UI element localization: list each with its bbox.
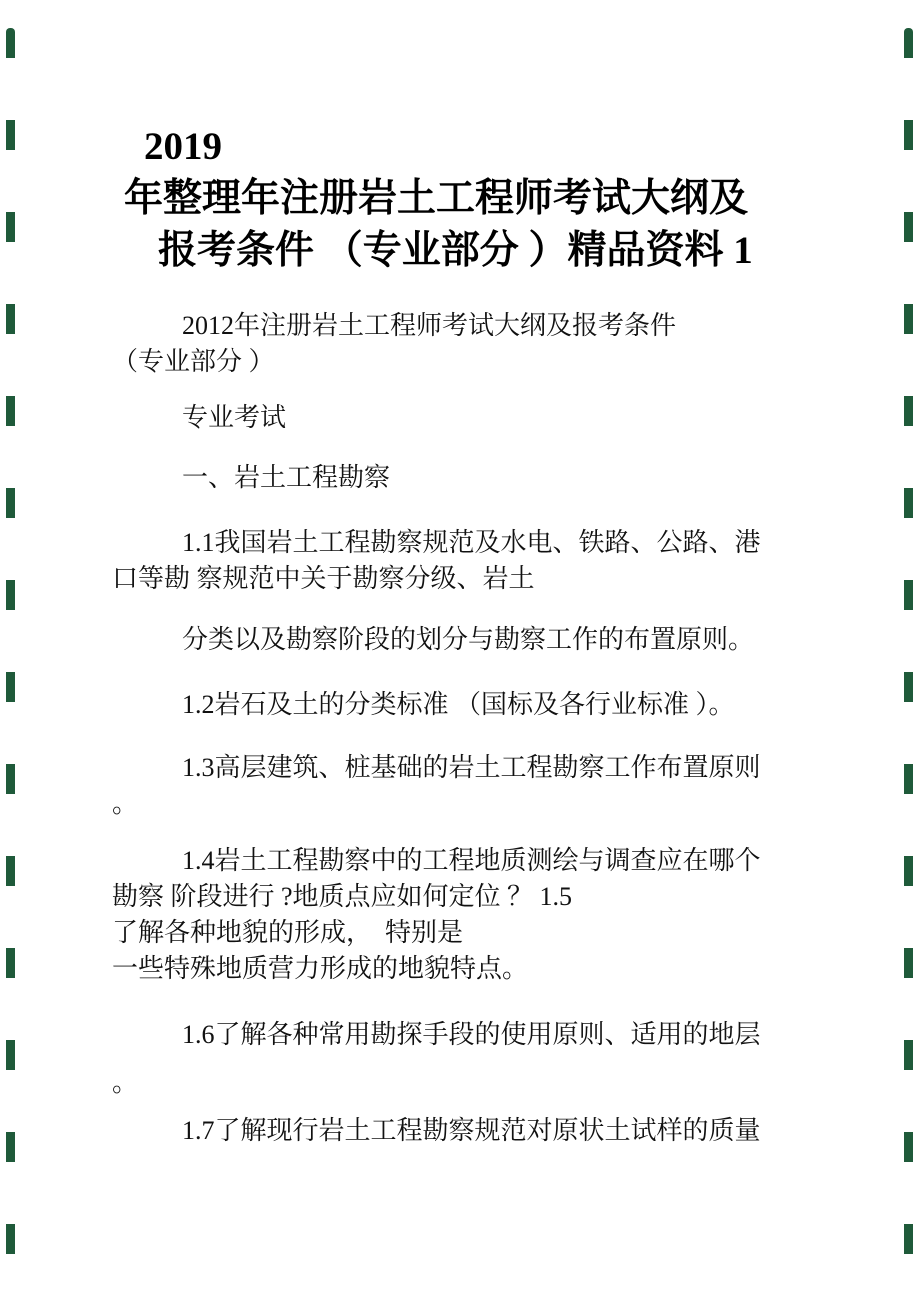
paragraph: 1.7了解现行岩土工程勘察规范对原状土试样的质量 <box>112 1113 792 1149</box>
text-line: 1.4岩土工程勘察中的工程地质测绘与调查应在哪个 <box>112 843 792 879</box>
text-line: 一、岩土工程勘察 <box>112 460 792 496</box>
text-line: 专业考试 <box>112 400 792 436</box>
paragraph: 一、岩土工程勘察 <box>112 460 792 496</box>
document-page: 2019 年整理年注册岩土工程师考试大纲及 报考条件 （专业部分 ）精品资料 1… <box>0 0 920 1303</box>
title-line-2: 年整理年注册岩土工程师考试大纲及 <box>124 173 884 225</box>
page-edge-marks-right <box>904 28 913 1286</box>
paragraph: 2012年注册岩土工程师考试大纲及报考条件 （专业部分 ） <box>112 308 792 380</box>
page-edge-marks-left <box>6 28 15 1286</box>
text-line: 1.2岩石及土的分类标准 （国标及各行业标准 ）。 <box>112 687 792 723</box>
paragraph: 1.3高层建筑、桩基础的岩土工程勘察工作布置原则 。 <box>112 750 792 822</box>
text-line: 2012年注册岩土工程师考试大纲及报考条件 <box>112 308 792 344</box>
text-line: 一些特殊地质营力形成的地貌特点。 <box>112 951 792 987</box>
text-line: 1.6了解各种常用勘探手段的使用原则、适用的地层 <box>112 1017 792 1053</box>
text-line: 。 <box>112 786 792 822</box>
paragraph: 1.4岩土工程勘察中的工程地质测绘与调查应在哪个 勘察 阶段进行 ?地质点应如何… <box>112 843 792 987</box>
text-line: 。 <box>112 1065 792 1101</box>
paragraph: 1.1我国岩土工程勘察规范及水电、铁路、公路、港 口等勘 察规范中关于勘察分级、… <box>112 525 792 597</box>
paragraph: 分类以及勘察阶段的划分与勘察工作的布置原则。 <box>112 622 792 658</box>
title-line-3: 报考条件 （专业部分 ）精品资料 1 <box>124 225 884 277</box>
document-title: 2019 年整理年注册岩土工程师考试大纲及 报考条件 （专业部分 ）精品资料 1 <box>124 121 884 277</box>
text-line: 了解各种地貌的形成， 特别是 <box>112 915 792 951</box>
paragraph: 1.2岩石及土的分类标准 （国标及各行业标准 ）。 <box>112 687 792 723</box>
paragraph: 1.6了解各种常用勘探手段的使用原则、适用的地层 。 <box>112 1017 792 1101</box>
text-line: 分类以及勘察阶段的划分与勘察工作的布置原则。 <box>112 622 792 658</box>
text-line: 勘察 阶段进行 ?地质点应如何定位 ？ 1.5 <box>112 879 792 915</box>
title-line-1: 2019 <box>124 121 884 173</box>
text-line: 1.1我国岩土工程勘察规范及水电、铁路、公路、港 <box>112 525 792 561</box>
text-line: 1.7了解现行岩土工程勘察规范对原状土试样的质量 <box>112 1113 792 1149</box>
paragraph: 专业考试 <box>112 400 792 436</box>
text-line: （专业部分 ） <box>112 344 792 380</box>
text-line: 口等勘 察规范中关于勘察分级、岩土 <box>112 561 792 597</box>
text-line: 1.3高层建筑、桩基础的岩土工程勘察工作布置原则 <box>112 750 792 786</box>
